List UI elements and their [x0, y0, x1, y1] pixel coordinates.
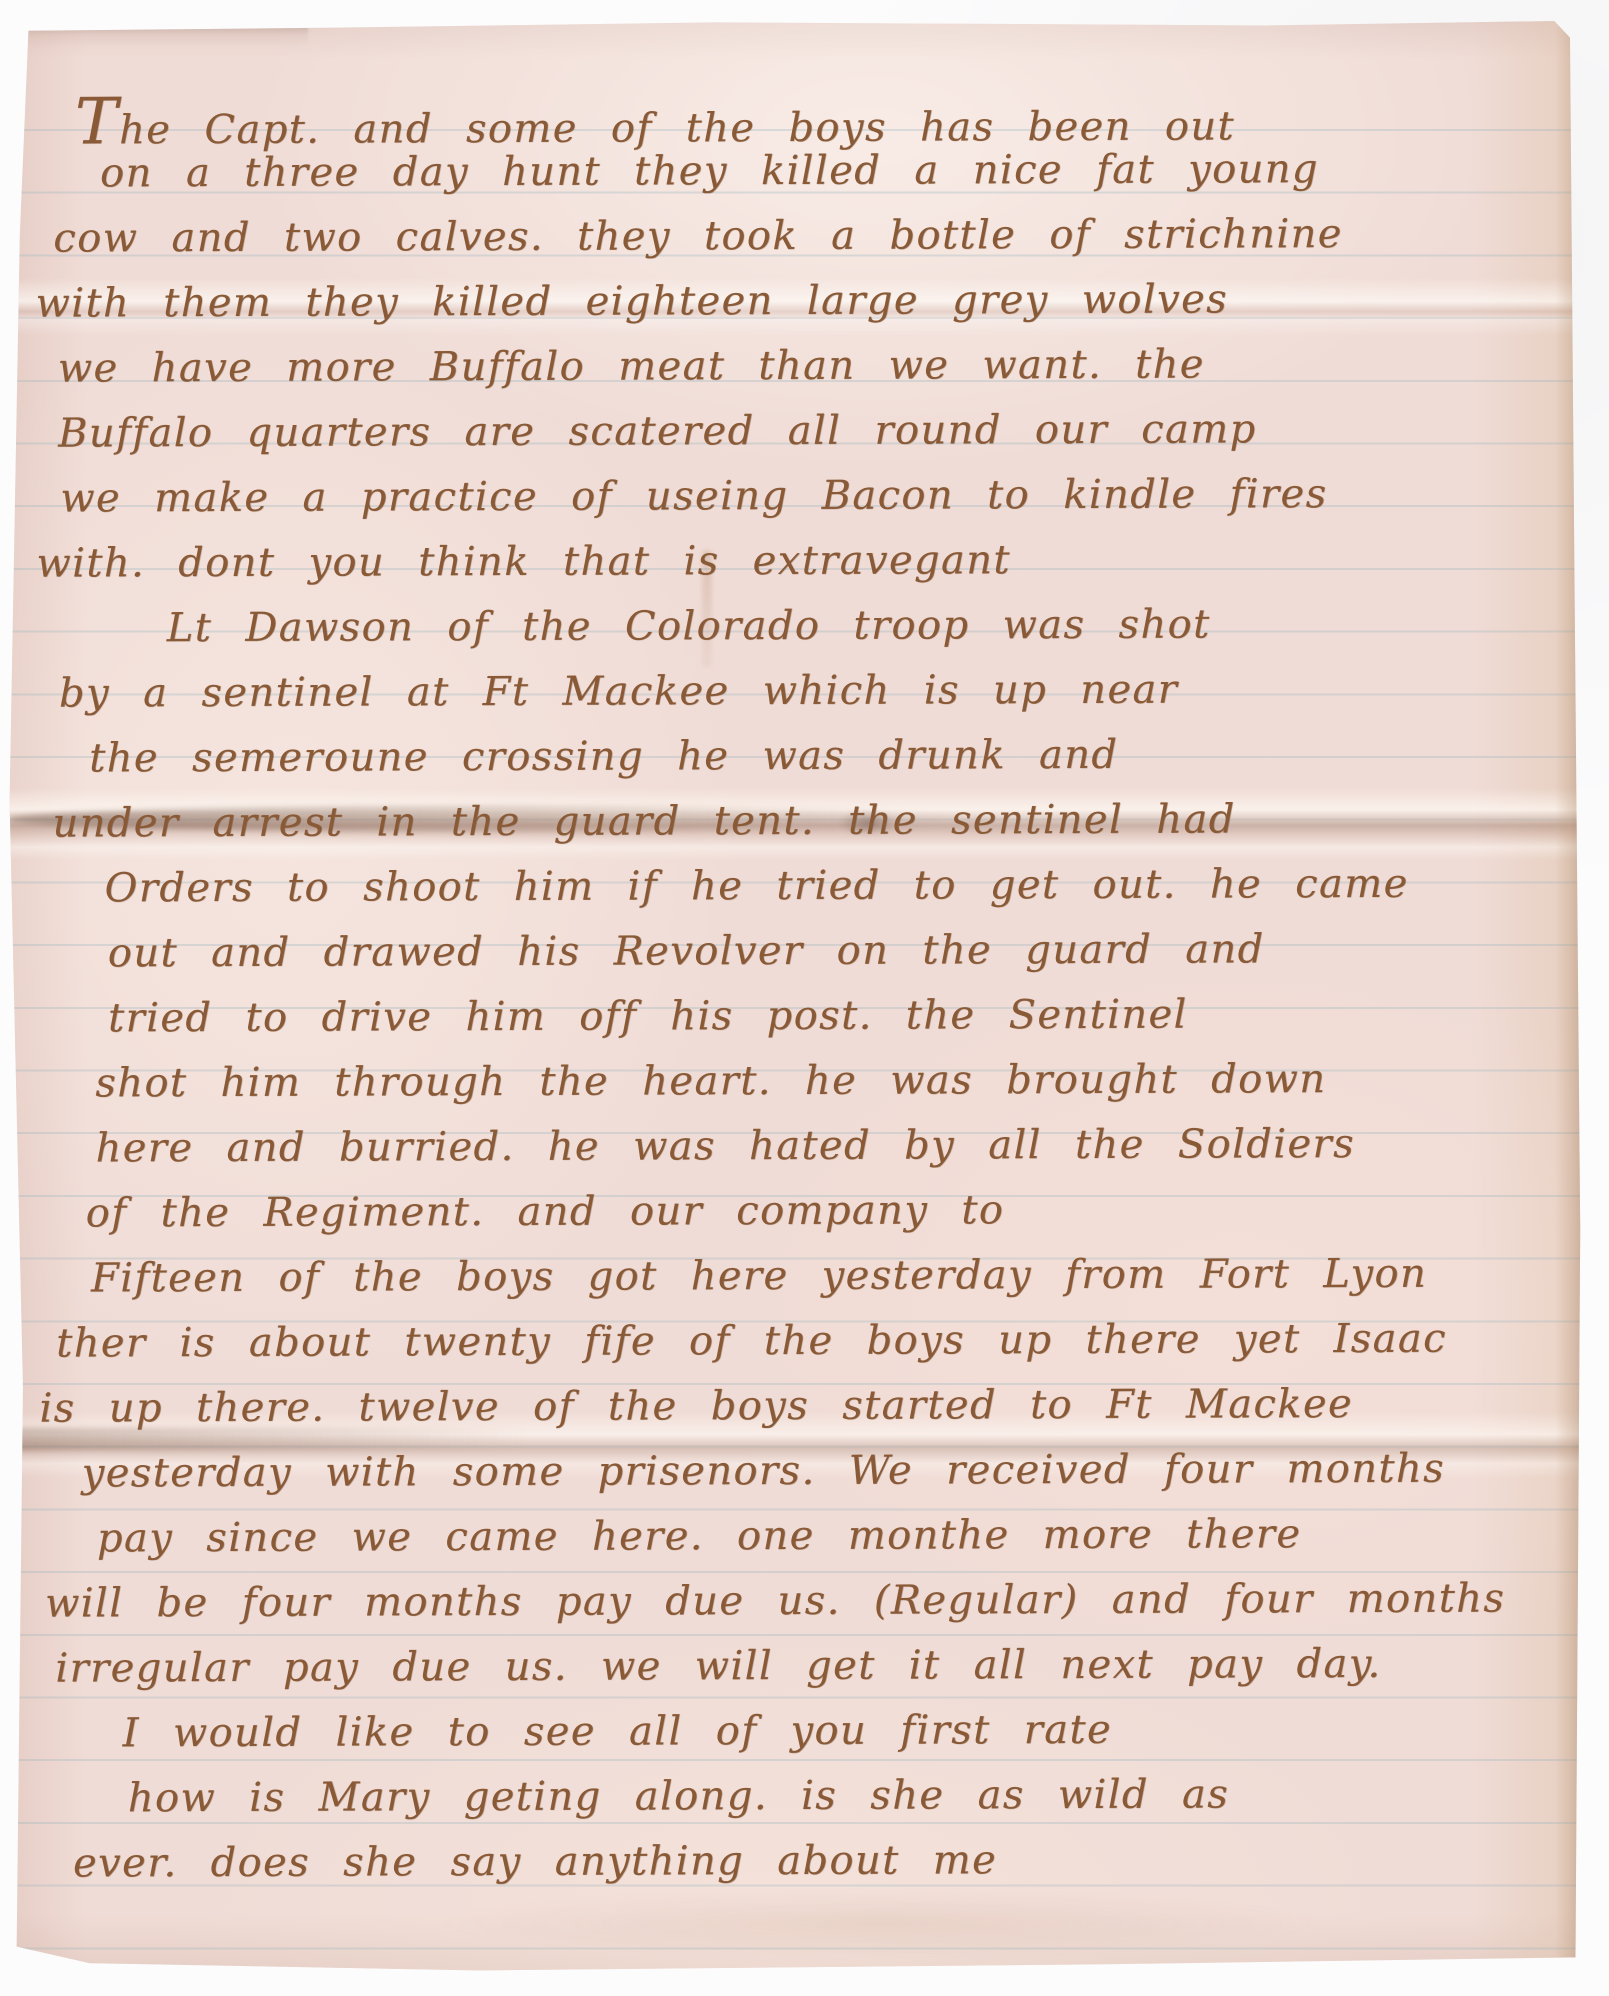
letter-line: The Capt. and some of the boys has been …: [5, 80, 1578, 150]
letter-line: on a three day hunt they killed a nice f…: [5, 145, 1578, 215]
letter-line: with them they killed eighteen large gre…: [6, 275, 1579, 345]
letter-line: Fifteen of the boys got here yesterday f…: [9, 1250, 1582, 1320]
letter-line: tried to drive him off his post. the Sen…: [8, 990, 1581, 1060]
letter-line: cow and two calves. they took a bottle o…: [5, 210, 1578, 280]
letter-line: Buffalo quarters are scatered all round …: [6, 405, 1579, 475]
letter-line: ther is about twenty fife of the boys up…: [9, 1315, 1582, 1385]
letter-line: by a sentinel at Ft Mackee which is up n…: [7, 665, 1580, 735]
letter-line: with. dont you think that is extravegant: [6, 535, 1579, 605]
letter-line: Orders to shoot him if he tried to get o…: [8, 860, 1581, 930]
letter-line: ever. does she say anything about me: [11, 1835, 1584, 1905]
letter-line: here and burried. he was hated by all th…: [8, 1120, 1581, 1190]
letter-line: we make a practice of useing Bacon to ki…: [6, 470, 1579, 540]
letter-line: out and drawed his Revolver on the guard…: [8, 925, 1581, 995]
letter-line: will be four months pay due us. (Regular…: [10, 1575, 1583, 1645]
letter-line: we have more Buffalo meat than we want. …: [6, 340, 1579, 410]
letter-line: under arrest in the guard tent. the sent…: [7, 795, 1580, 865]
letter-line: is up there. twelve of the boys started …: [9, 1380, 1582, 1450]
letter-line: pay since we came here. one monthe more …: [10, 1510, 1583, 1580]
scan-background: The Capt. and some of the boys has been …: [0, 0, 1609, 1996]
letter-line: the semeroune crossing he was drunk and: [7, 730, 1580, 800]
letter-line: I would like to see all of you first rat…: [11, 1705, 1584, 1775]
letter-line: irregular pay due us. we will get it all…: [10, 1640, 1583, 1710]
paper-top-edge-shadow: [8, 20, 308, 46]
letter-line: yesterday with some prisenors. We receiv…: [10, 1445, 1583, 1515]
letter-line: of the Regiment. and our company to: [9, 1185, 1582, 1255]
letter-page: The Capt. and some of the boys has been …: [8, 20, 1581, 1972]
letter-line: Lt Dawson of the Colorado troop was shot: [7, 600, 1580, 670]
letter-line: how is Mary geting along. is she as wild…: [11, 1770, 1584, 1840]
letter-text: The Capt. and some of the boys has been …: [5, 80, 1584, 1905]
letter-line: shot him through the heart. he was broug…: [8, 1055, 1581, 1125]
